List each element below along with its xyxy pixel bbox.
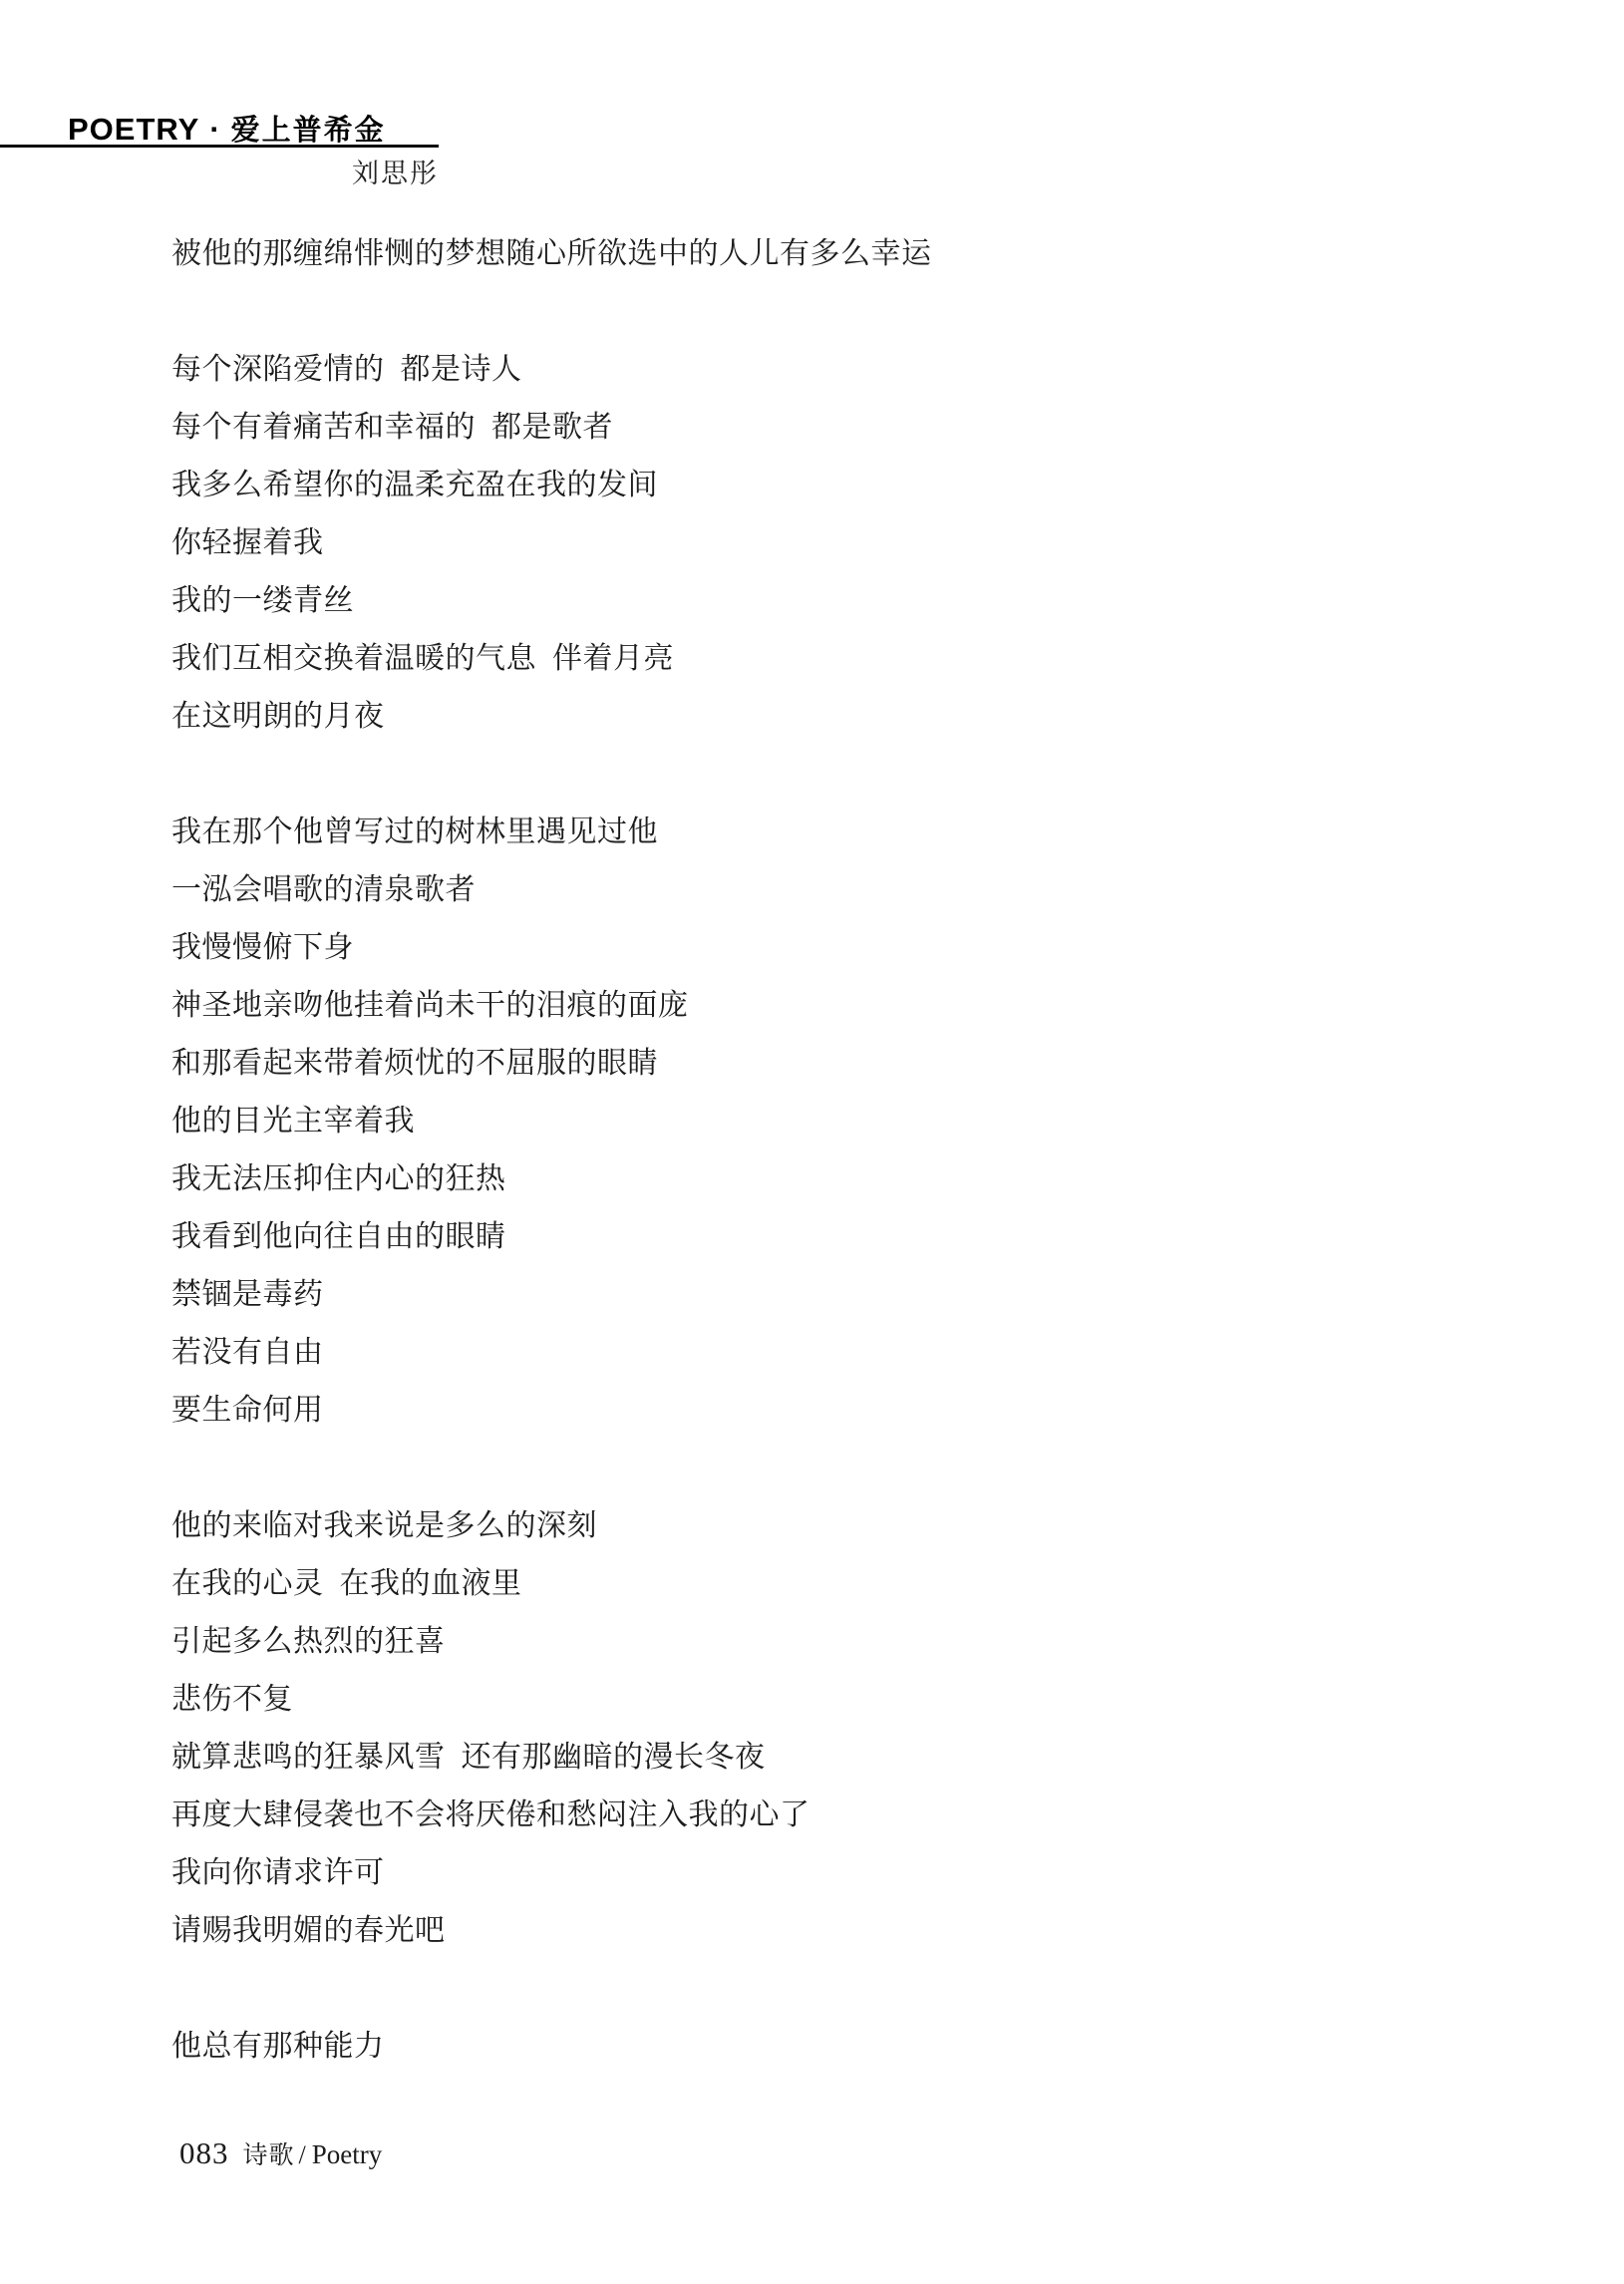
poem-line: 再度大肆侵袭也不会将厌倦和愁闷注入我的心了	[171, 1787, 932, 1844]
poem-line: 我的一缕青丝	[171, 572, 932, 630]
poem-line: 我无法压抑住内心的狂热	[171, 1150, 932, 1208]
poem-line: 他的目光主宰着我	[171, 1093, 932, 1150]
poem-line: 每个深陷爱情的 都是诗人	[171, 341, 932, 399]
poem-line: 我看到他向往自由的眼睛	[171, 1208, 932, 1266]
header-rule	[0, 145, 439, 148]
poem-line: 若没有自由	[171, 1324, 932, 1382]
stanza: 我在那个他曾写过的树林里遇见过他一泓会唱歌的清泉歌者我慢慢俯下身神圣地亲吻他挂着…	[171, 804, 932, 1440]
poem-line: 引起多么热烈的狂喜	[171, 1613, 932, 1671]
poem-line: 在这明朗的月夜	[171, 688, 932, 746]
poem-line: 他总有那种能力	[171, 2018, 932, 2076]
page-footer: 083诗歌/Poetry	[179, 2135, 382, 2171]
poem-line: 在我的心灵 在我的血液里	[171, 1555, 932, 1613]
poem-line: 我在那个他曾写过的树林里遇见过他	[171, 804, 932, 861]
poem-line: 一泓会唱歌的清泉歌者	[171, 861, 932, 919]
stanza: 每个深陷爱情的 都是诗人每个有着痛苦和幸福的 都是歌者我多么希望你的温柔充盈在我…	[171, 341, 932, 746]
poem-line: 他的来临对我来说是多么的深刻	[171, 1497, 932, 1555]
poem-line: 悲伤不复	[171, 1671, 932, 1729]
section-header: POETRY·爱上普希金	[68, 108, 386, 149]
poem-line: 每个有着痛苦和幸福的 都是歌者	[171, 399, 932, 457]
title-separator-dot: ·	[209, 112, 220, 148]
section-title-zh: 爱上普希金	[231, 115, 386, 147]
poem-line: 神圣地亲吻他挂着尚未干的泪痕的面庞	[171, 977, 932, 1035]
poem-line: 和那看起来带着烦忧的不屈服的眼睛	[171, 1035, 932, 1093]
footer-section-en: Poetry	[312, 2139, 383, 2169]
poem-line: 我多么希望你的温柔充盈在我的发间	[171, 457, 932, 514]
poem-line: 请赐我明媚的春光吧	[171, 1902, 932, 1960]
stanza: 被他的那缠绵悱恻的梦想随心所欲选中的人儿有多么幸运	[171, 225, 932, 283]
poem-line: 要生命何用	[171, 1382, 932, 1440]
poem-line: 你轻握着我	[171, 514, 932, 572]
footer-separator: /	[299, 2140, 306, 2169]
page-number: 083	[179, 2135, 229, 2170]
author-name: 刘思彤	[0, 152, 439, 190]
poem-line: 就算悲鸣的狂暴风雪 还有那幽暗的漫长冬夜	[171, 1729, 932, 1787]
stanza: 他的来临对我来说是多么的深刻在我的心灵 在我的血液里引起多么热烈的狂喜悲伤不复就…	[171, 1497, 932, 1960]
poem-line: 我们互相交换着温暖的气息 伴着月亮	[171, 630, 932, 688]
section-title-en: POETRY	[68, 112, 199, 147]
poem-line: 我慢慢俯下身	[171, 919, 932, 977]
footer-section-zh: 诗歌	[243, 2142, 295, 2169]
poem-line: 我向你请求许可	[171, 1844, 932, 1902]
poem-body: 被他的那缠绵悱恻的梦想随心所欲选中的人儿有多么幸运每个深陷爱情的 都是诗人每个有…	[171, 225, 932, 2076]
magazine-page: POETRY·爱上普希金 刘思彤 被他的那缠绵悱恻的梦想随心所欲选中的人儿有多么…	[0, 0, 1624, 2284]
poem-line: 禁锢是毒药	[171, 1266, 932, 1324]
poem-line: 被他的那缠绵悱恻的梦想随心所欲选中的人儿有多么幸运	[171, 225, 932, 283]
stanza: 他总有那种能力	[171, 2018, 932, 2076]
